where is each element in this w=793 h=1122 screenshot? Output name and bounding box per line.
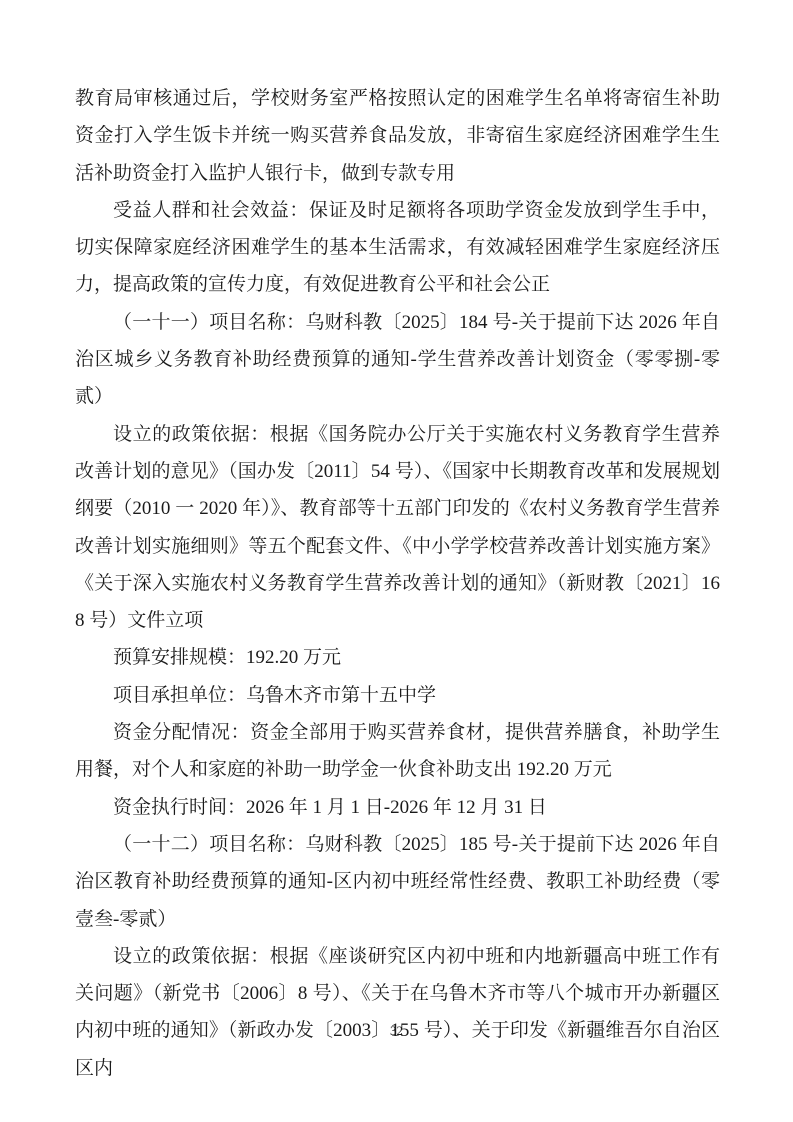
paragraph: 资金执行时间：2026 年 1 月 1 日-2026 年 12 月 31 日 <box>75 789 720 826</box>
paragraph: （一十一）项目名称：乌财科教〔2025〕184 号-关于提前下达 2026 年自… <box>75 304 720 416</box>
page-footer: 32 <box>0 1022 793 1040</box>
paragraph: 设立的政策依据：根据《座谈研究区内初中班和内地新疆高中班工作有关问题》（新党书〔… <box>75 938 720 1087</box>
document-page: 教育局审核通过后，学校财务室严格按照认定的困难学生名单将寄宿生补助资金打入学生饭… <box>0 0 793 1122</box>
paragraph: 项目承担单位：乌鲁木齐市第十五中学 <box>75 677 720 714</box>
page-number: 32 <box>390 1023 403 1038</box>
paragraph: 受益人群和社会效益：保证及时足额将各项助学资金发放到学生手中，切实保障家庭经济困… <box>75 192 720 304</box>
paragraph: 资金分配情况：资金全部用于购买营养食材，提供营养膳食，补助学生用餐，对个人和家庭… <box>75 714 720 789</box>
paragraph: 教育局审核通过后，学校财务室严格按照认定的困难学生名单将寄宿生补助资金打入学生饭… <box>75 80 720 192</box>
text-body: 教育局审核通过后，学校财务室严格按照认定的困难学生名单将寄宿生补助资金打入学生饭… <box>75 80 720 1087</box>
paragraph: 设立的政策依据：根据《国务院办公厅关于实施农村义务教育学生营养改善计划的意见》（… <box>75 416 720 640</box>
paragraph: 预算安排规模：192.20 万元 <box>75 639 720 676</box>
paragraph: （一十二）项目名称：乌财科教〔2025〕185 号-关于提前下达 2026 年自… <box>75 826 720 938</box>
